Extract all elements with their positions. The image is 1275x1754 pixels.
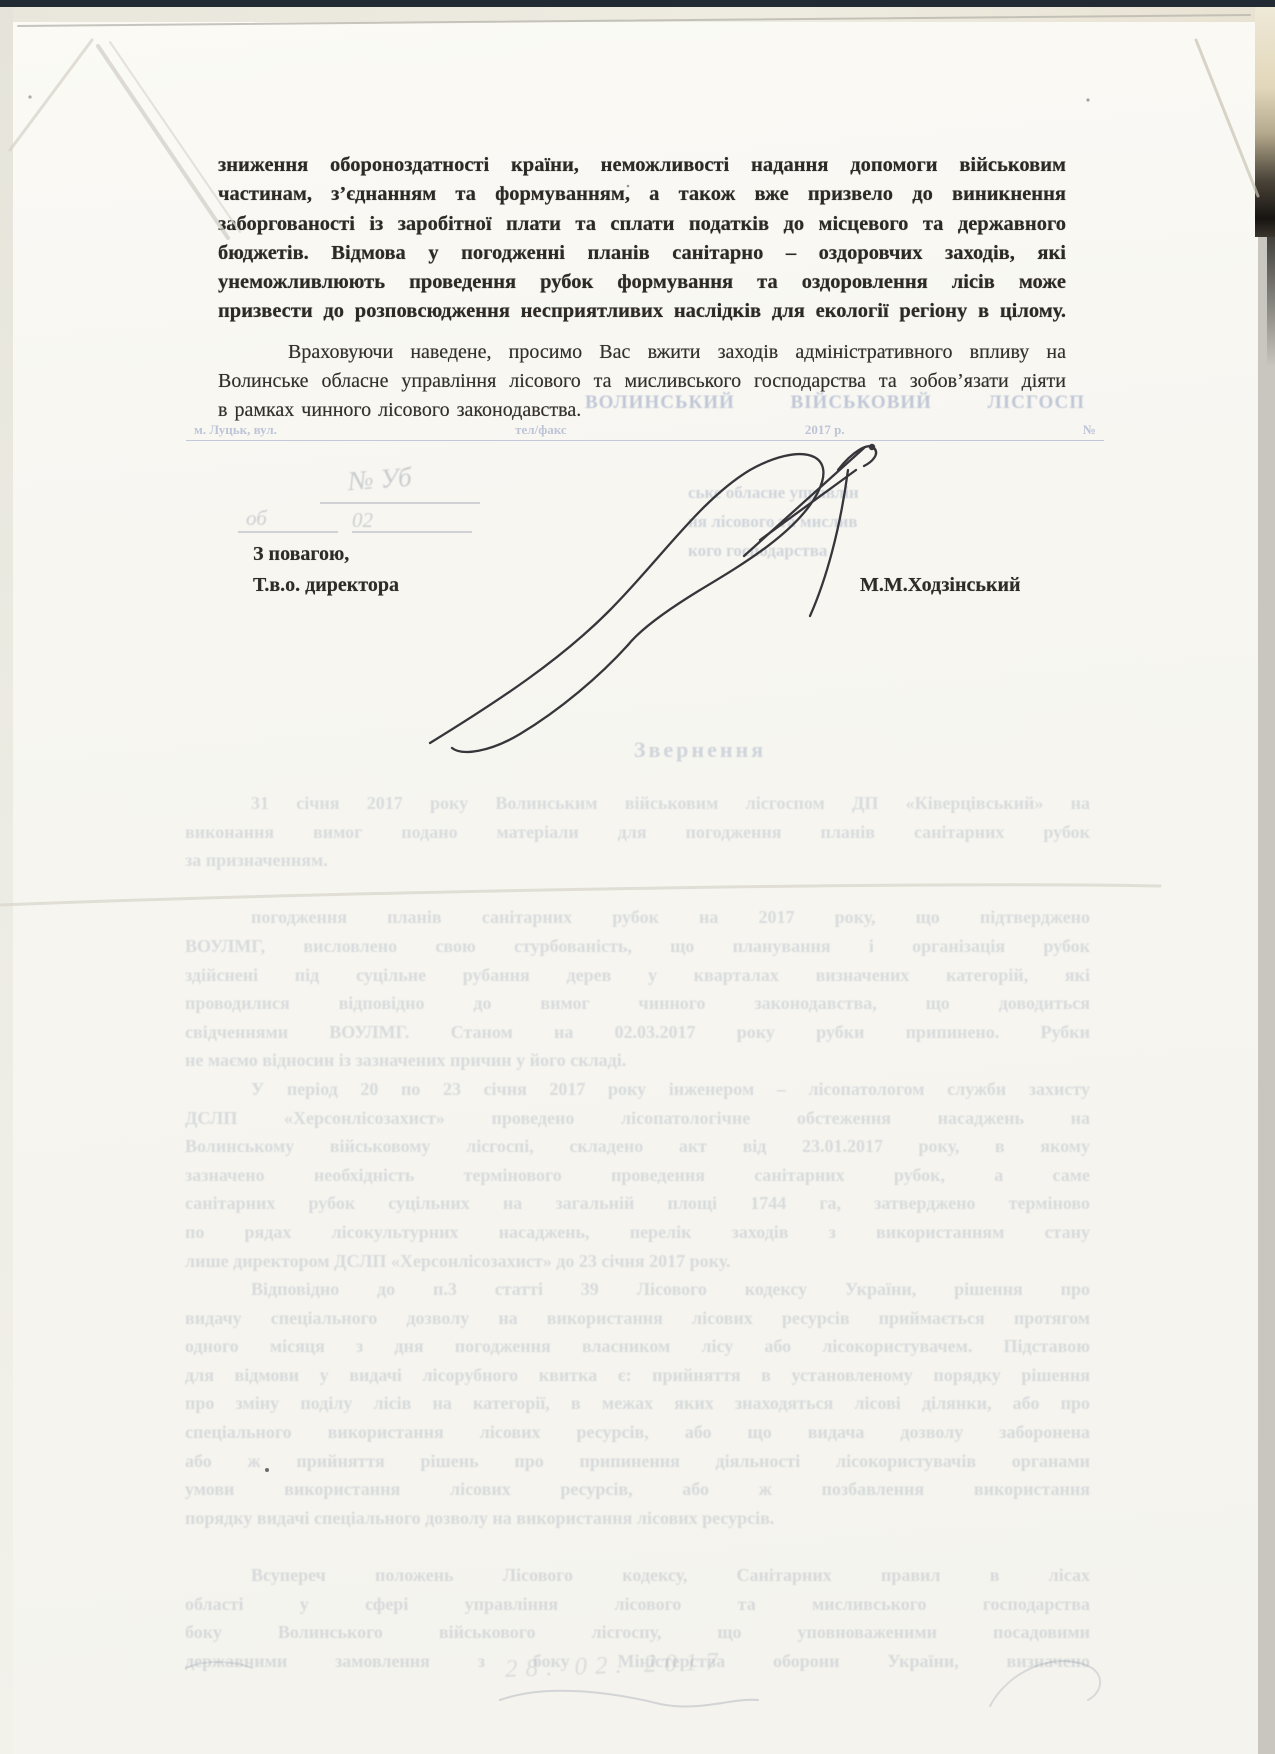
- letterhead-segment: м. Луцьк, вул.: [194, 422, 277, 438]
- bleed-line: боку Волинського військового лісгоспу, щ…: [185, 1618, 1090, 1647]
- bleed-line: Волинському військовому лісгоспі, складе…: [185, 1132, 1090, 1161]
- bleed-line: Відповідно до п.3 статті 39 Лісового код…: [185, 1275, 1090, 1304]
- bleed-addressee-block: ське обласне управління лісового та мисл…: [688, 478, 1018, 565]
- bleed-letterhead-caps: ВОЛИНСЬКИЙ ВІЙСЬКОВИЙ ЛІСГОСП: [585, 392, 1085, 414]
- bleed-line: лише директором ДСЛП «Херсонлісозахист» …: [185, 1247, 1090, 1276]
- letterhead-segment: №: [1083, 422, 1096, 438]
- bleed-line: для відмови у видачі лісорубного квитка …: [185, 1361, 1090, 1390]
- bleed-line: 31 січня 2017 року Волинським військовим…: [185, 789, 1090, 818]
- letter-paragraph-1: зниження обороноздатності країни, неможл…: [218, 151, 1066, 327]
- bleed-line: за призначенням.: [185, 846, 1090, 875]
- bleed-line: ВОУЛМГ, висловлено свою стурбованість, щ…: [185, 932, 1090, 961]
- letterhead-segment: 2017 р.: [805, 422, 845, 438]
- bleed-stamp-field: 02: [352, 508, 373, 533]
- bleed-line: порядку видачі спеціального дозволу на в…: [185, 1504, 1090, 1533]
- bleed-stamp-underline: [320, 502, 480, 504]
- scanner-left-margin: [0, 7, 13, 1754]
- bleed-line: видачу спеціального дозволу на використа…: [185, 1304, 1090, 1333]
- bleed-line: або ж прийняття рішень про припинення ді…: [185, 1447, 1090, 1476]
- bleed-stamp-field: об: [246, 506, 267, 531]
- scan-right-edge-fade: [1267, 237, 1275, 367]
- scanned-letter-page: зниження обороноздатності країни, неможл…: [0, 0, 1275, 1754]
- bleed-line: свідченнями ВОУЛМГ. Станом на 02.03.2017…: [185, 1018, 1090, 1047]
- letter-line: бюджетів. Відмова у погодженні планів са…: [218, 239, 1066, 268]
- letter-line: призвести до розповсюдження несприятливи…: [218, 297, 1066, 326]
- bleed-heading: Звернення: [560, 737, 840, 763]
- bleed-line: здійснені під суцільне рубання дерев у к…: [185, 961, 1090, 990]
- addressee-line: ське обласне управлін: [688, 478, 1018, 507]
- letter-line: Враховуючи наведене, просимо Вас вжити з…: [218, 338, 1066, 367]
- bleed-letterhead-line: м. Луцьк, вул.тел/факс2017 р.№: [186, 414, 1104, 441]
- letter-line: заборгованості із заробітної плати та сп…: [218, 210, 1066, 239]
- signer-name: М.М.Ходзінський: [860, 574, 1021, 597]
- bleed-line: Всупереч положень Лісового кодексу, Сані…: [185, 1561, 1090, 1590]
- bleed-line: [185, 1532, 1090, 1561]
- letter-line: унеможливлюють проведення рубок формуван…: [218, 268, 1066, 297]
- bleed-line: У період 20 по 23 січня 2017 року інжене…: [185, 1075, 1090, 1104]
- bleed-line: [185, 875, 1090, 904]
- bleed-line: одного місяця з дня погодження власником…: [185, 1332, 1090, 1361]
- bleed-line: погодження планів санітарних рубок на 20…: [185, 903, 1090, 932]
- letter-line: зниження обороноздатності країни, неможл…: [218, 151, 1066, 180]
- scan-top-edge: [0, 0, 1275, 7]
- bleed-line: ДСЛП «Херсонлісозахист» проведено лісопа…: [185, 1104, 1090, 1133]
- bleed-line: про зміну поділу лісів на категорії, в м…: [185, 1389, 1090, 1418]
- scan-right-edge: [1255, 7, 1275, 237]
- bleed-line: не маємо відносин із зазначених причин у…: [185, 1046, 1090, 1075]
- bleed-stamp-underline: [352, 531, 472, 533]
- addressee-line: ня лісового та мислив: [688, 507, 1018, 536]
- letterhead-segment: тел/факс: [515, 422, 567, 438]
- bleed-line: області у сфері управління лісового та м…: [185, 1590, 1090, 1619]
- scanner-lid-band: [0, 7, 1275, 22]
- bleed-line: проводилися відповідно до вимог чинного …: [185, 989, 1090, 1018]
- bleed-line: спеціального використання лісових ресурс…: [185, 1418, 1090, 1447]
- bleed-stamp-number: № Уб: [347, 462, 413, 497]
- bleed-line: по рядах лісокультурних насаджень, перел…: [185, 1218, 1090, 1247]
- bleed-line: умови використання лісових ресурсів, або…: [185, 1475, 1090, 1504]
- closing-phrase: З повагою,: [253, 543, 349, 566]
- bleed-line: зазначено необхідність термінового прове…: [185, 1161, 1090, 1190]
- signer-title: Т.в.о. директора: [253, 574, 399, 597]
- bleed-line: виконання вимог подано матеріали для пог…: [185, 818, 1090, 847]
- letter-line: частинам, з’єднанням та формуванням, а т…: [218, 180, 1066, 209]
- bleed-stamp-underline: [238, 531, 338, 533]
- bleed-through-text: 31 січня 2017 року Волинським військовим…: [185, 789, 1090, 1675]
- bleed-line: санітарних рубок суцільних на загальній …: [185, 1189, 1090, 1218]
- addressee-line: кого господарства: [688, 536, 1018, 565]
